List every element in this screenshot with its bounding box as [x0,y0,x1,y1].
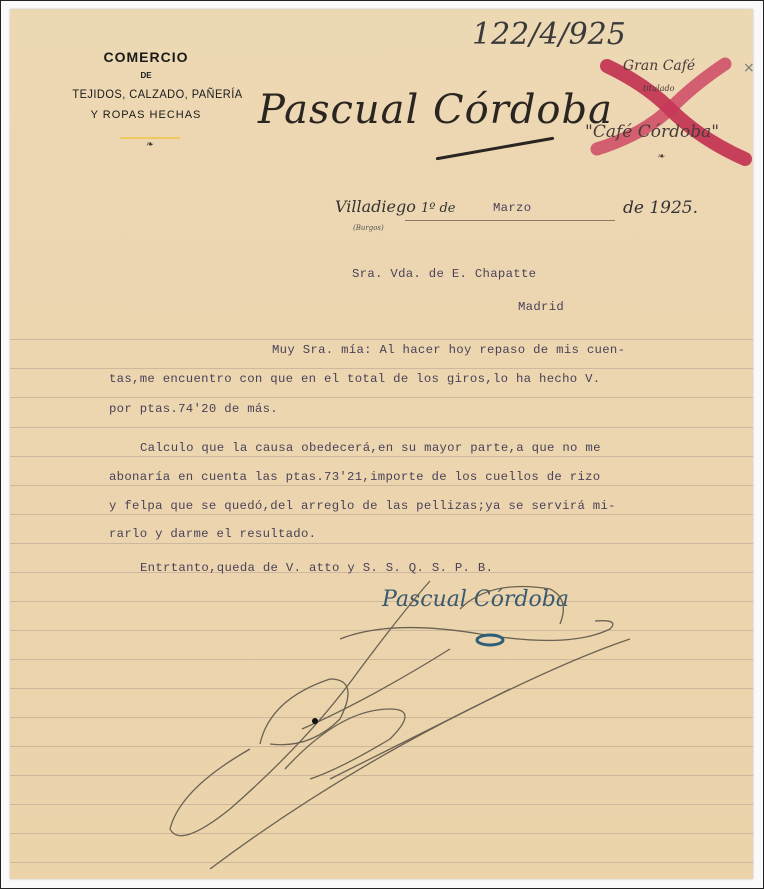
letter-paper: COMERCIO DE TEJIDOS, CALZADO, PAÑERÍA Y … [10,9,753,879]
signature-flourish-icon [10,9,753,879]
